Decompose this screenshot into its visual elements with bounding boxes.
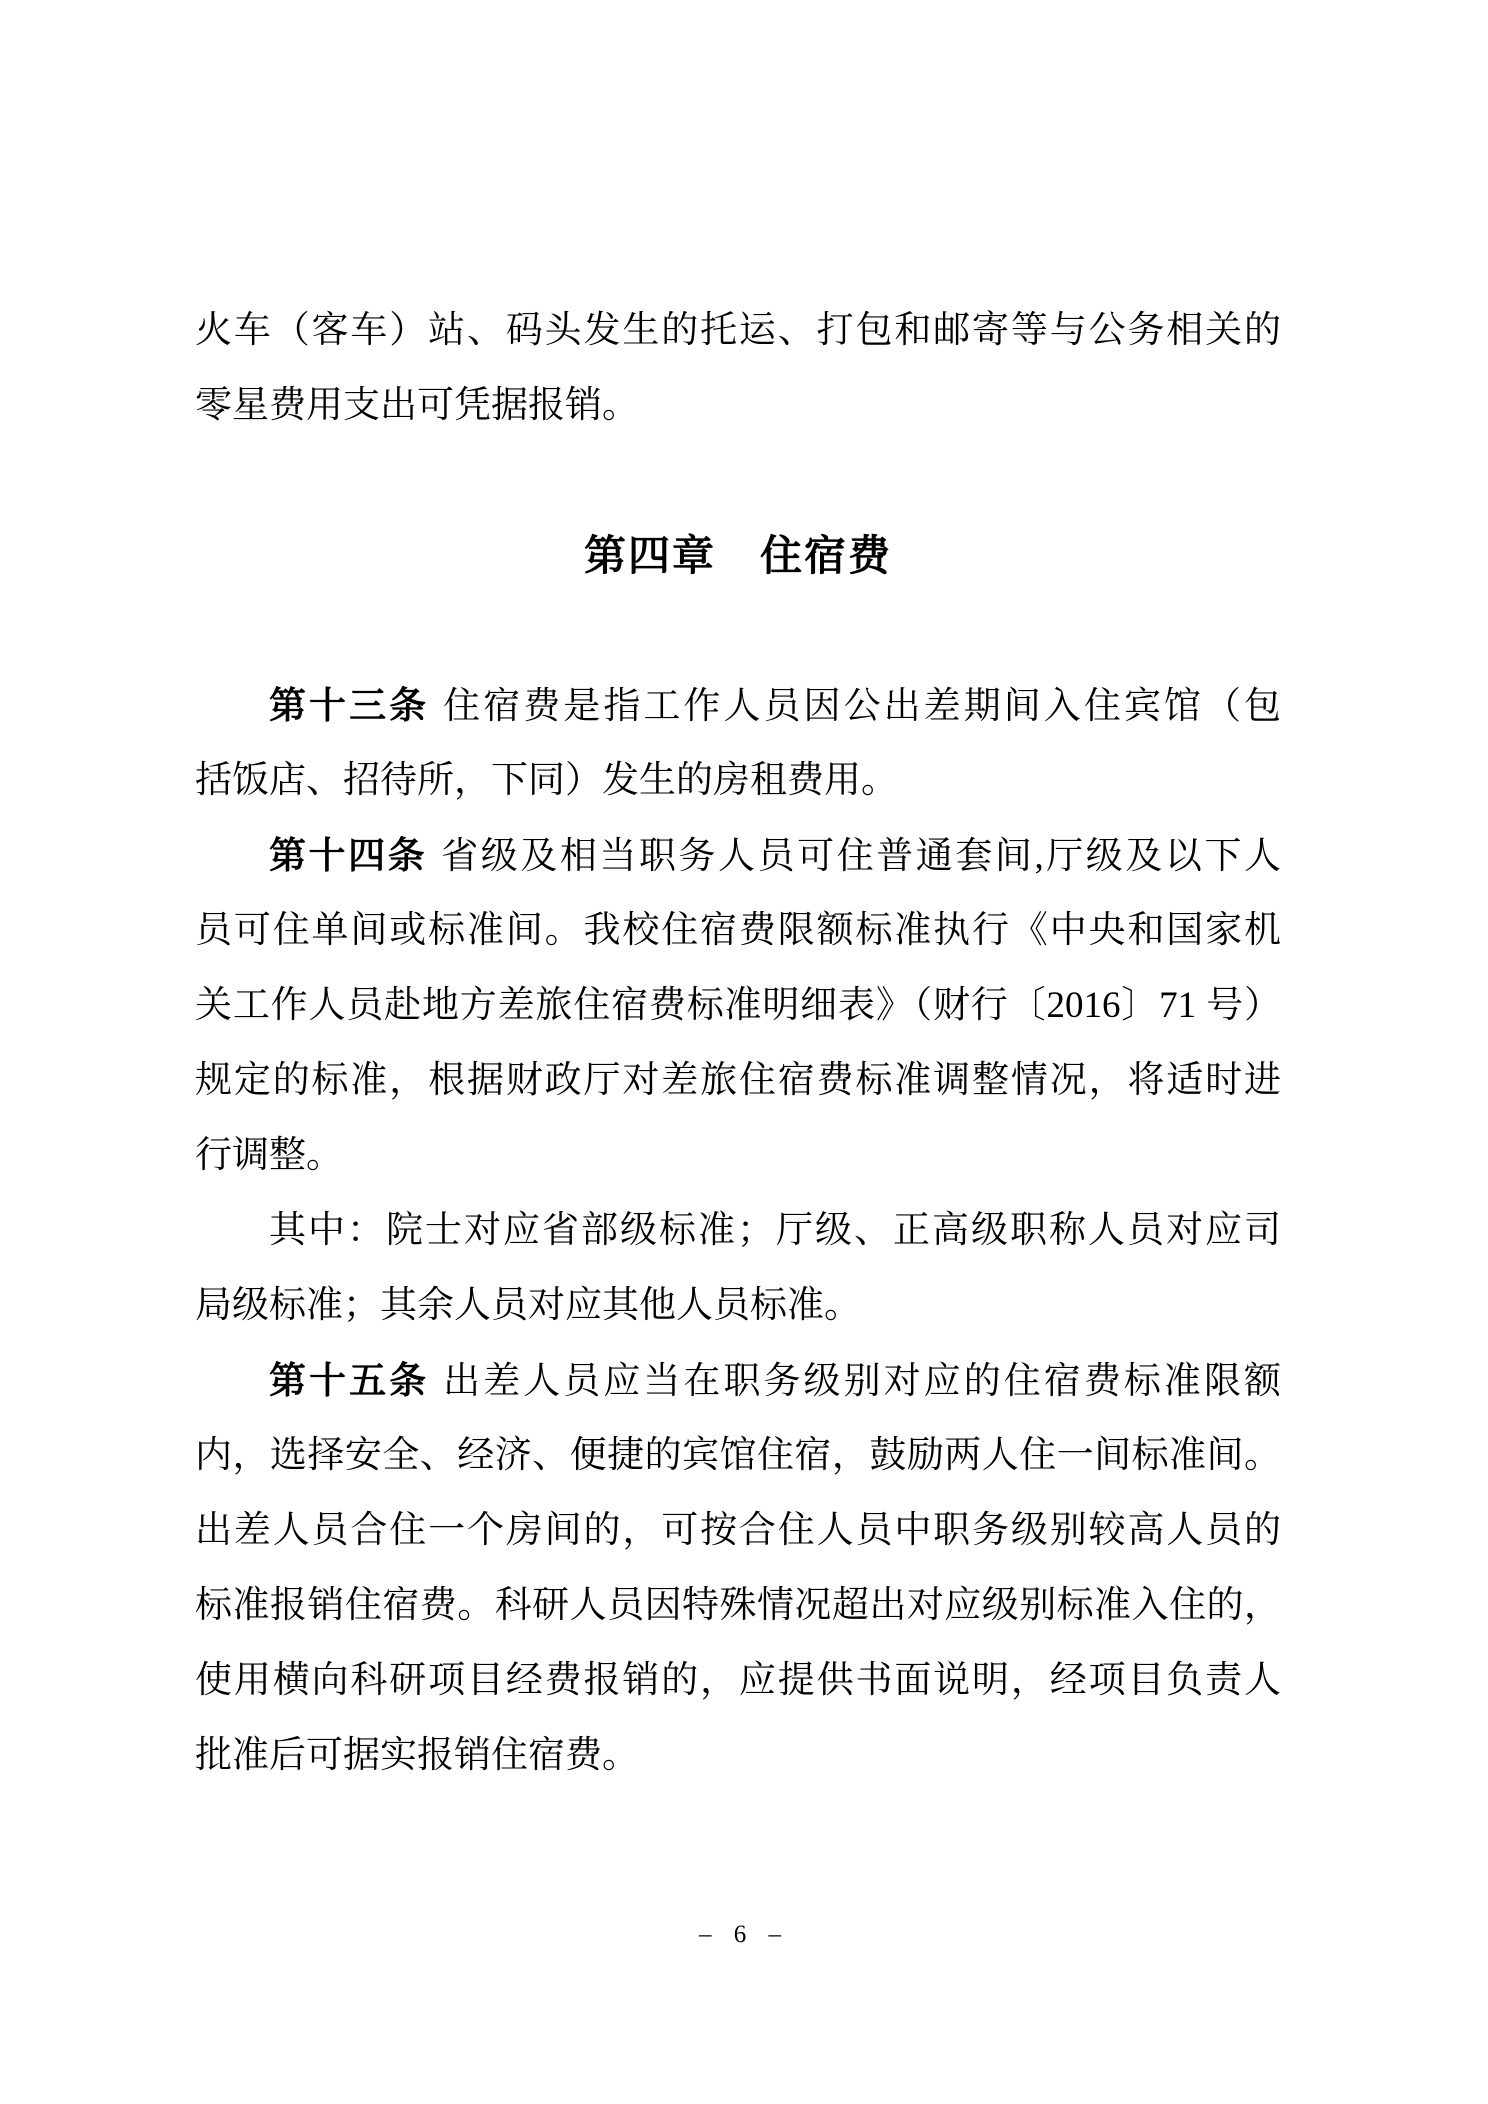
line-text: 省级及相当职务人员可住普通套间,厅级及以下人: [441, 836, 1281, 877]
article-line: 第十三条住宿费是指工作人员因公出差期间入住宾馆（包: [195, 668, 1281, 743]
article-number: 第十五条: [269, 1360, 429, 1401]
body-line: 零星费用支出可凭据报销。: [195, 368, 1281, 443]
page-number: – 6 –: [0, 1918, 1488, 1952]
line-text: 内，选择安全、经济、便捷的宾馆住宿，鼓励两人住一间标准间。: [195, 1435, 1281, 1476]
line-text: 批准后可据实报销住宿费。: [195, 1735, 639, 1776]
article-line: 第十四条省级及相当职务人员可住普通套间,厅级及以下人: [195, 818, 1281, 893]
body-line: 批准后可据实报销住宿费。: [195, 1718, 1281, 1793]
line-text: 局级标准；其余人员对应其他人员标准。: [195, 1285, 861, 1326]
body-line: 关工作人员赴地方差旅住宿费标准明细表》（财行〔2016〕71 号）: [195, 968, 1281, 1043]
line-text: 住宿费是指工作人员因公出差期间入住宾馆（包: [443, 686, 1281, 727]
line-text: 其中：院士对应省部级标准；厅级、正高级职称人员对应司: [269, 1210, 1281, 1251]
article-number: 第十三条: [269, 685, 429, 726]
line-text: 零星费用支出可凭据报销。: [195, 385, 639, 426]
body-line: 局级标准；其余人员对应其他人员标准。: [195, 1268, 1281, 1343]
chapter-heading: 第四章 住宿费: [195, 518, 1281, 593]
body-line: 其中：院士对应省部级标准；厅级、正高级职称人员对应司: [195, 1193, 1281, 1268]
body-line: 使用横向科研项目经费报销的，应提供书面说明，经项目负责人: [195, 1643, 1281, 1718]
document-page: 火车（客车）站、码头发生的托运、打包和邮寄等与公务相关的 零星费用支出可凭据报销…: [0, 0, 1488, 2104]
line-text: 使用横向科研项目经费报销的，应提供书面说明，经项目负责人: [195, 1660, 1281, 1701]
body-line: 出差人员合住一个房间的，可按合住人员中职务级别较高人员的: [195, 1493, 1281, 1568]
document-body: 火车（客车）站、码头发生的托运、打包和邮寄等与公务相关的 零星费用支出可凭据报销…: [195, 293, 1281, 1793]
line-text: 行调整。: [195, 1135, 343, 1176]
body-line: 火车（客车）站、码头发生的托运、打包和邮寄等与公务相关的: [195, 293, 1281, 368]
article-number: 第十四条: [269, 835, 427, 876]
line-text: 标准报销住宿费。科研人员因特殊情况超出对应级别标准入住的，: [195, 1585, 1281, 1626]
line-text: 火车（客车）站、码头发生的托运、打包和邮寄等与公务相关的: [195, 310, 1281, 351]
body-line: 括饭店、招待所，下同）发生的房租费用。: [195, 743, 1281, 818]
body-line: 员可住单间或标准间。我校住宿费限额标准执行《中央和国家机: [195, 893, 1281, 968]
body-line: 规定的标准，根据财政厅对差旅住宿费标准调整情况，将适时进: [195, 1043, 1281, 1118]
body-line: 内，选择安全、经济、便捷的宾馆住宿，鼓励两人住一间标准间。: [195, 1418, 1281, 1493]
line-text: 出差人员合住一个房间的，可按合住人员中职务级别较高人员的: [195, 1510, 1281, 1551]
line-text: 括饭店、招待所，下同）发生的房租费用。: [195, 760, 898, 801]
body-line: 标准报销住宿费。科研人员因特殊情况超出对应级别标准入住的，: [195, 1568, 1281, 1643]
article-line: 第十五条出差人员应当在职务级别对应的住宿费标准限额: [195, 1343, 1281, 1418]
blank-line: [195, 443, 1281, 518]
line-text: 关工作人员赴地方差旅住宿费标准明细表》（财行〔2016〕71 号）: [195, 985, 1281, 1026]
blank-line: [195, 593, 1281, 668]
body-line: 行调整。: [195, 1118, 1281, 1193]
line-text: 员可住单间或标准间。我校住宿费限额标准执行《中央和国家机: [195, 910, 1281, 951]
line-text: 规定的标准，根据财政厅对差旅住宿费标准调整情况，将适时进: [195, 1060, 1281, 1101]
line-text: 出差人员应当在职务级别对应的住宿费标准限额: [443, 1361, 1281, 1402]
